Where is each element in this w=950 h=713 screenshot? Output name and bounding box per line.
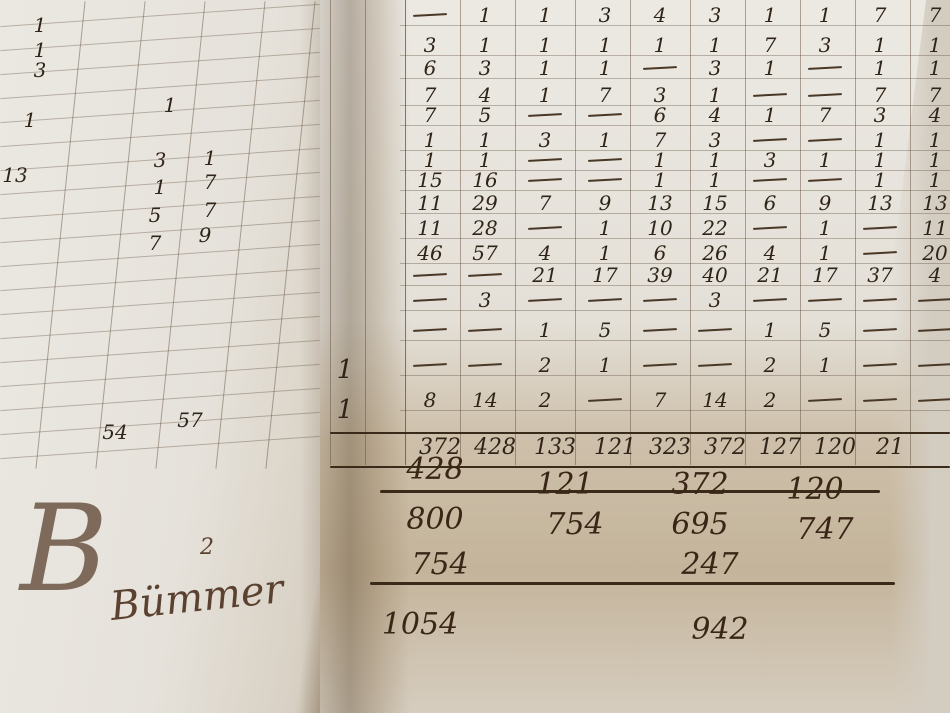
grid-column-line: [330, 0, 331, 465]
ledger-value: 1: [539, 35, 552, 55]
column-total: 323: [649, 437, 691, 459]
ledger-value: 1: [874, 58, 887, 78]
ledger-value: 2: [764, 355, 777, 375]
ledger-value: 46: [417, 243, 442, 263]
ledger-value: 1: [34, 15, 47, 35]
ledger-value: 7: [204, 172, 217, 192]
ledger-value: 1: [479, 5, 492, 25]
ledger-value: 57: [177, 410, 202, 430]
column-total: 120: [814, 437, 856, 459]
grid-column-line: [630, 0, 631, 465]
ledger-value: 1: [819, 150, 832, 170]
ledger-value: 1: [764, 105, 777, 125]
ledger-value: 1: [539, 85, 552, 105]
ledger-value: 7: [539, 193, 552, 213]
ledger-value: 3: [479, 58, 492, 78]
ledger-value: 7: [654, 390, 667, 410]
ledger-value: 13: [2, 165, 27, 185]
grid-line: [400, 340, 950, 341]
ledger-value: 2: [539, 390, 552, 410]
ledger-value: 3: [874, 105, 887, 125]
ledger-value: 7: [204, 200, 217, 220]
ledger-value: 54: [102, 422, 127, 442]
ledger-value: 22: [702, 218, 727, 238]
ledger-value: 13: [647, 193, 672, 213]
ledger-value: 9: [599, 193, 612, 213]
ledger-value: 1: [654, 170, 667, 190]
ledger-value: 14: [472, 390, 497, 410]
ledger-value: 3: [599, 5, 612, 25]
ledger-value: 3: [424, 35, 437, 55]
ledger-value: 17: [812, 265, 837, 285]
ledger-value: 6: [654, 243, 667, 263]
ledger-value: 5: [819, 320, 832, 340]
grid-line: [400, 375, 950, 376]
column-total: 121: [594, 437, 636, 459]
ledger-value: 8: [424, 390, 437, 410]
ledger-value: 3: [479, 290, 492, 310]
ledger-value: 1: [599, 355, 612, 375]
ledger-value: 7: [424, 85, 437, 105]
grid-column-line: [690, 0, 691, 465]
ledger-value: 26: [702, 243, 727, 263]
ledger-value: 1: [479, 150, 492, 170]
ledger-value: 3: [709, 5, 722, 25]
ledger-value: 29: [472, 193, 497, 213]
ledger-value: 37: [867, 265, 892, 285]
ledger-value: 1: [599, 243, 612, 263]
ledger-value: 1: [424, 150, 437, 170]
ledger-value: 3: [654, 85, 667, 105]
ledger-value: 1: [929, 130, 942, 150]
ledger-value: 2: [764, 390, 777, 410]
summary-value: 247: [681, 550, 738, 580]
ledger-value: 1: [764, 320, 777, 340]
ledger-value: 7: [149, 233, 162, 253]
ledger-value: 7: [819, 105, 832, 125]
grid-column-line: [515, 0, 516, 465]
grid-line: [0, 268, 319, 291]
ledger-value: 11: [417, 193, 442, 213]
ledger-value: 21: [757, 265, 782, 285]
ledger-value: 3: [819, 35, 832, 55]
grid-column-line: [745, 0, 746, 465]
grid-line: [0, 100, 319, 123]
ledger-value: 1: [424, 130, 437, 150]
ledger-value: 11: [417, 218, 442, 238]
ledger-value: 1: [764, 58, 777, 78]
signature-initial: B: [20, 490, 108, 610]
ledger-value: 1: [154, 177, 167, 197]
ledger-value: 3: [709, 58, 722, 78]
ledger-value: 1: [654, 150, 667, 170]
summary-value: 942: [691, 615, 748, 645]
ledger-value: 3: [709, 290, 722, 310]
ledger-value: 7: [874, 5, 887, 25]
ledger-value: 4: [654, 5, 667, 25]
ledger-value: 1: [599, 35, 612, 55]
ledger-value: 7: [929, 85, 942, 105]
ledger-value: 5: [599, 320, 612, 340]
ledger-value: 1: [479, 35, 492, 55]
ledger-value: 11: [922, 218, 947, 238]
ledger-value: 1: [709, 150, 722, 170]
grid-line: [0, 76, 319, 99]
margin-mark: 1: [337, 357, 354, 383]
sum-rule: [370, 582, 895, 585]
ledger-value: 7: [764, 35, 777, 55]
grid-column-line: [855, 0, 856, 465]
ledger-value: 7: [654, 130, 667, 150]
ledger-value: 39: [647, 265, 672, 285]
ledger-value: 20: [922, 243, 947, 263]
grid-line: [0, 364, 319, 387]
grid-column-line: [460, 0, 461, 465]
ledger-value: 6: [654, 105, 667, 125]
ledger-value: 1: [599, 218, 612, 238]
ledger-value: 7: [874, 85, 887, 105]
summary-value: 754: [546, 510, 603, 540]
ledger-value: 5: [479, 105, 492, 125]
grid-column-line: [575, 0, 576, 465]
column-total: 21: [876, 437, 904, 459]
ledger-value: 13: [867, 193, 892, 213]
ledger-value: 4: [929, 105, 942, 125]
totals-rule: [330, 432, 950, 434]
grid-line: [0, 52, 319, 75]
ledger-value: 1: [874, 170, 887, 190]
ledger-value: 1: [34, 40, 47, 60]
ledger-value: 1: [539, 5, 552, 25]
ledger-value: 4: [539, 243, 552, 263]
grid-line: [0, 124, 319, 147]
ledger-value: 1: [929, 35, 942, 55]
ledger-value: 5: [149, 205, 162, 225]
ledger-value: 1: [874, 150, 887, 170]
ledger-value: 1: [709, 170, 722, 190]
summary-value: 1054: [382, 610, 458, 640]
ledger-value: 3: [764, 150, 777, 170]
ledger-value: 2: [539, 355, 552, 375]
ledger-value: 1: [24, 110, 37, 130]
grid-line: [0, 436, 319, 459]
ledger-value: 7: [929, 5, 942, 25]
ledger-value: 1: [929, 170, 942, 190]
ledger-value: 3: [34, 60, 47, 80]
grid-line: [0, 316, 319, 339]
ledger-value: 1: [204, 148, 217, 168]
ledger-value: 6: [424, 58, 437, 78]
ledger-value: 9: [199, 225, 212, 245]
column-total: 372: [704, 437, 746, 459]
summary-value: 754: [411, 550, 468, 580]
grid-column-line: [405, 0, 406, 465]
column-total: 133: [534, 437, 576, 459]
summary-value: 695: [671, 510, 728, 540]
grid-line: [0, 28, 319, 51]
ledger-value: 28: [472, 218, 497, 238]
grid-column-line: [215, 1, 265, 469]
ledger-value: 1: [819, 5, 832, 25]
ledger-value: 1: [874, 35, 887, 55]
ledger-value: 15: [417, 170, 442, 190]
summary-value: 800: [406, 505, 463, 535]
ledger-value: 3: [154, 150, 167, 170]
ledger-value: 10: [647, 218, 672, 238]
ledger-value: 15: [702, 193, 727, 213]
ledger-value: 9: [819, 193, 832, 213]
grid-line: [0, 292, 319, 315]
ledger-value: 6: [764, 193, 777, 213]
ledger-value: 1: [709, 85, 722, 105]
column-total: 428: [474, 437, 516, 459]
summary-value: 372: [671, 470, 728, 500]
ledger-value: 1: [539, 320, 552, 340]
summary-value: 121: [536, 470, 593, 500]
ledger-value: 57: [472, 243, 497, 263]
ledger-value: 7: [424, 105, 437, 125]
ledger-value: 3: [539, 130, 552, 150]
ledger-value: 3: [709, 130, 722, 150]
ledger-value: 1: [929, 150, 942, 170]
ledger-value: 4: [479, 85, 492, 105]
ledger-value: 7: [599, 85, 612, 105]
ledger-value: 1: [874, 130, 887, 150]
ledger-value: 4: [764, 243, 777, 263]
margin-mark: 1: [337, 397, 354, 423]
grid-line: [0, 4, 319, 27]
ledger-value: 1: [819, 243, 832, 263]
ledger-value: 1: [539, 58, 552, 78]
ledger-value: 1: [654, 35, 667, 55]
ledger-value: 40: [702, 265, 727, 285]
grid-column-line: [910, 0, 911, 465]
signature-superscript: 2: [200, 535, 214, 560]
ledger-value: 1: [479, 130, 492, 150]
grid-column-line: [800, 0, 801, 465]
ledger-value: 16: [472, 170, 497, 190]
ledger-value: 1: [164, 95, 177, 115]
ledger-value: 21: [532, 265, 557, 285]
grid-column-line: [265, 1, 315, 469]
ledger-value: 13: [922, 193, 947, 213]
column-total: 127: [759, 437, 801, 459]
ledger-value: 1: [819, 355, 832, 375]
ledger-value: 17: [592, 265, 617, 285]
ledger-value: 1: [819, 218, 832, 238]
ledger-value: 1: [764, 5, 777, 25]
summary-value: 120: [786, 475, 843, 505]
ledger-value: 1: [599, 58, 612, 78]
ledger-value: 14: [702, 390, 727, 410]
ledger-value: 4: [709, 105, 722, 125]
grid-column-line: [365, 0, 366, 465]
summary-value: 747: [796, 515, 853, 545]
ledger-value: 1: [709, 35, 722, 55]
ledger-value: 4: [929, 265, 942, 285]
ledger-value: 1: [599, 130, 612, 150]
ledger-value: 1: [929, 58, 942, 78]
summary-value: 428: [406, 455, 463, 485]
